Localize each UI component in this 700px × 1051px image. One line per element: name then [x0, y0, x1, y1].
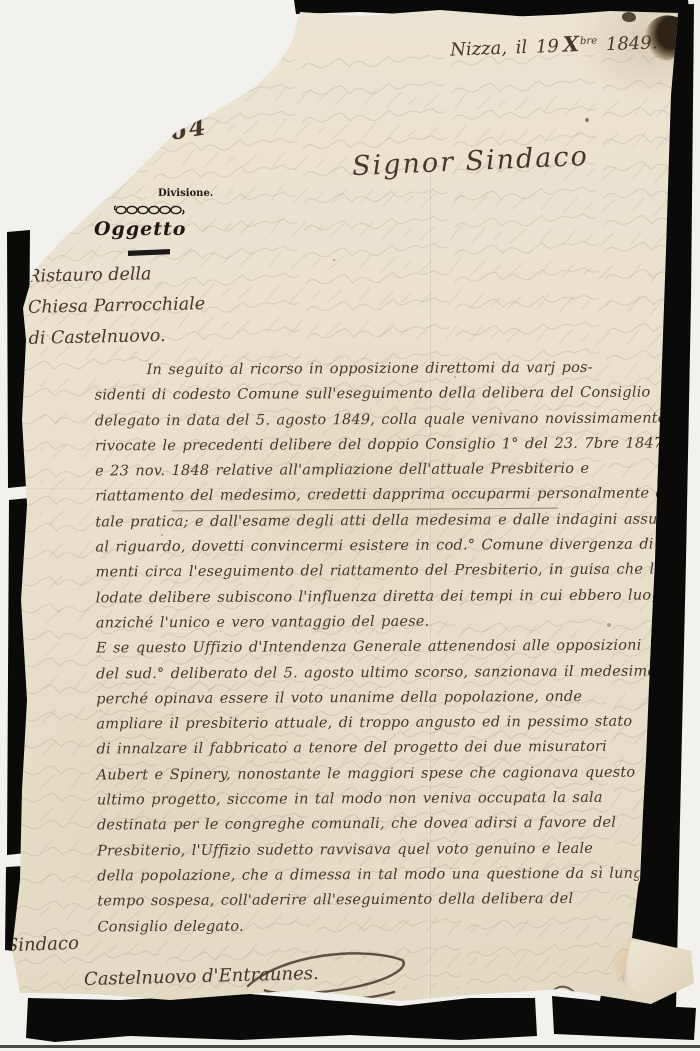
body-line: perché opinava essere il voto unanime de… — [96, 684, 652, 712]
body-line: della popolazione, che a dimessa in tal … — [97, 861, 653, 889]
foxing-specks — [585, 118, 589, 122]
body-line: anziché l'unico e vero vantaggio del pae… — [96, 609, 652, 637]
body-line: delegato in data del 5. agosto 1849, col… — [95, 406, 651, 434]
body-line: tale pratica; e dall'esame degli atti de… — [95, 507, 651, 535]
body-line: ultimo progetto, siccome in tal modo non… — [97, 786, 653, 814]
dateline-month: X — [562, 31, 579, 57]
subject-line: Ristauro della — [27, 258, 205, 293]
subject-line: di Castelnuovo. — [28, 320, 206, 355]
body-line: menti circa l'eseguimento del riattament… — [96, 558, 652, 586]
body-line: e 23 nov. 1848 relative all'ampliazione … — [95, 457, 651, 485]
dateline-month-superscript: bre — [580, 35, 597, 47]
subject-block: Ristauro dellaChiesa Parrocchialedi Cast… — [27, 258, 206, 355]
body-line: del sud.° deliberato del 5. agosto ultim… — [96, 659, 652, 687]
letterhead-division-label: Divisione. — [158, 188, 213, 199]
body-line: rivocate le precedenti delibere del dopp… — [95, 431, 651, 459]
body-line: di innalzare il fabbricato a tenore del … — [96, 735, 652, 763]
signoff-title: Sindaco — [6, 933, 80, 957]
letterhead-ornament — [114, 204, 186, 216]
body-line: Consiglio delegato. — [97, 912, 653, 940]
body-line: ampliare il presbiterio attuale, di trop… — [96, 710, 652, 738]
body-line: lodate delibere subiscono l'influenza di… — [96, 583, 652, 611]
body-line: Aubert e Spinery, nonostante le maggiori… — [97, 760, 653, 788]
dateline-year: 1849. — [606, 32, 658, 55]
body-line: sidenti di codesto Comune sull'eseguimen… — [95, 381, 651, 409]
body-line: Presbiterio, l'Uffizio sudetto ravvisava… — [97, 836, 653, 864]
subject-line: Chiesa Parrocchiale — [28, 289, 206, 324]
body-line: In seguito al ricorso in opposizione dir… — [94, 356, 650, 384]
letter-body: In seguito al ricorso in opposizione dir… — [94, 356, 653, 941]
letterhead-subject-label: Oggetto — [94, 218, 186, 240]
body-line: destinata per le congreghe comunali, che… — [97, 811, 653, 839]
body-line: al riguardo, dovetti convincermi esister… — [95, 533, 651, 561]
dateline-place-day: Nizza, il 19 — [450, 36, 559, 61]
ink-stain-small — [622, 12, 636, 22]
body-line: riattamento del medesimo, credetti dappr… — [95, 482, 651, 510]
body-line: tempo sospesa, coll'aderire all'eseguime… — [97, 887, 653, 915]
scanned-letter-page: 64 Nizza, il 19Xbre 1849. Signor Sindaco… — [0, 0, 700, 1051]
body-line: E se questo Uffizio d'Intendenza General… — [96, 634, 652, 662]
